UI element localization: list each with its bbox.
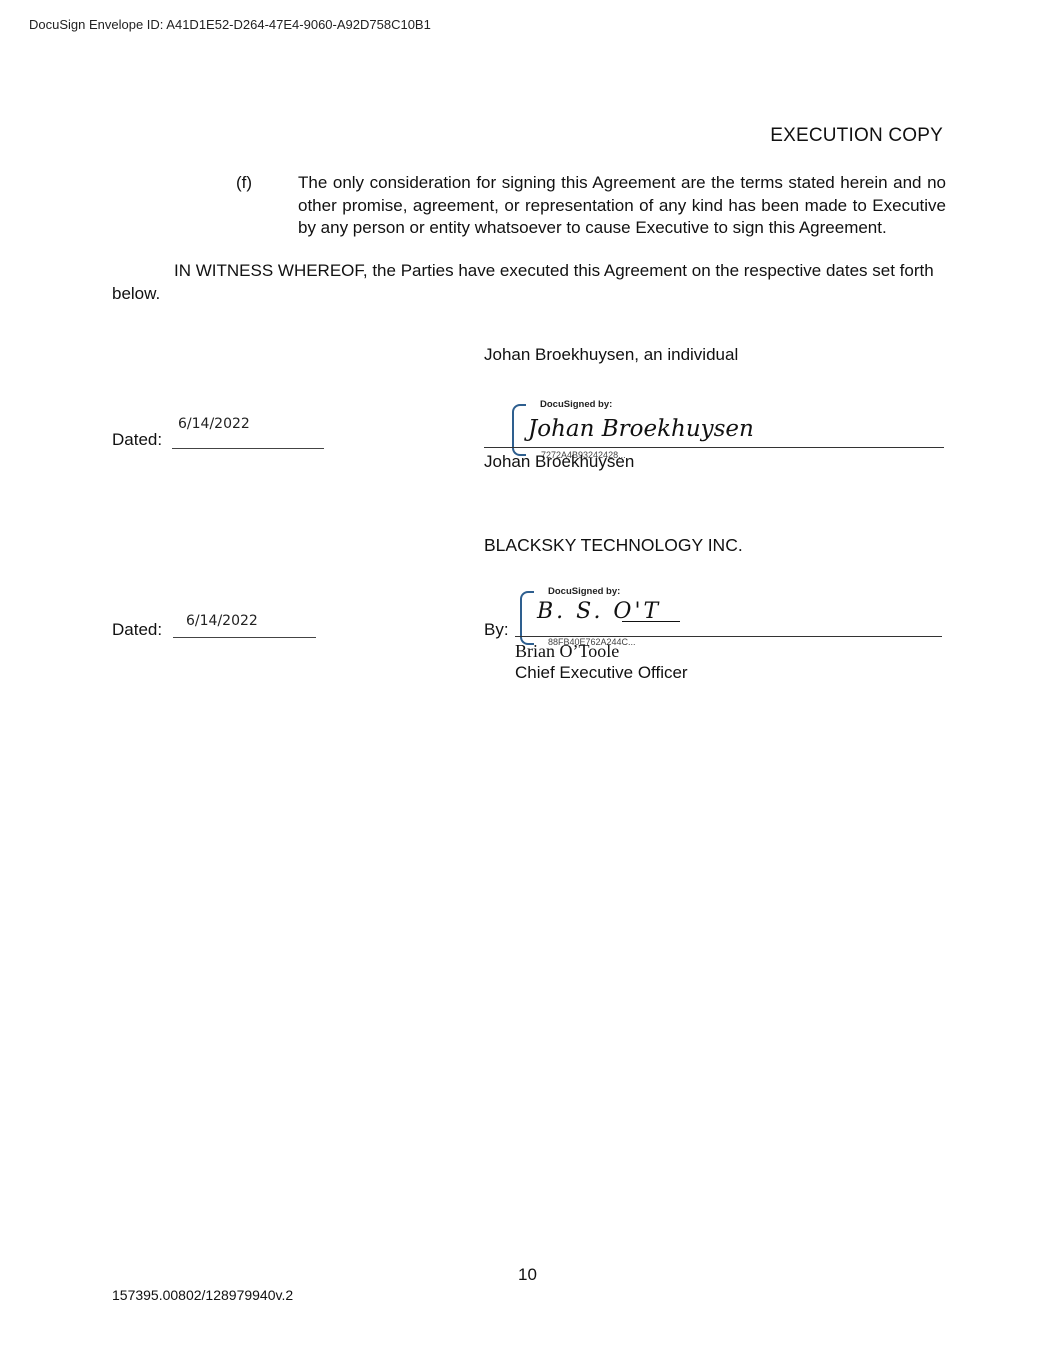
clause-label: (f) — [236, 173, 252, 193]
document-id: 157395.00802/128979940v.2 — [112, 1287, 293, 1303]
party-heading-individual: Johan Broekhuysen, an individual — [484, 345, 738, 365]
clause-text: The only consideration for signing this … — [298, 172, 946, 240]
witness-paragraph: IN WITNESS WHEREOF, the Parties have exe… — [112, 260, 942, 305]
signature-field[interactable]: Johan Broekhuysen — [528, 416, 754, 442]
party-heading-company: BLACKSKY TECHNOLOGY INC. — [484, 535, 743, 556]
date-value: 6/14/2022 — [186, 613, 258, 629]
signature-line — [484, 447, 944, 448]
page-number: 10 — [518, 1265, 537, 1285]
dated-label: Dated: — [112, 430, 162, 450]
docusign-bracket-icon — [512, 404, 526, 456]
by-label: By: — [484, 620, 509, 640]
date-line — [173, 637, 316, 638]
printed-name: Brian O’Toole — [515, 641, 619, 662]
signature-stroke — [622, 621, 680, 622]
docusigned-by-label: DocuSigned by: — [548, 586, 620, 597]
execution-copy-label: EXECUTION COPY — [770, 125, 943, 147]
date-value: 6/14/2022 — [178, 416, 250, 432]
docusign-envelope-id: DocuSign Envelope ID: A41D1E52-D264-47E4… — [29, 17, 431, 32]
docusigned-by-label: DocuSigned by: — [540, 399, 612, 410]
dated-label: Dated: — [112, 620, 162, 640]
signer-title: Chief Executive Officer — [515, 663, 688, 683]
printed-name: Johan Broekhuysen — [484, 452, 634, 472]
date-line — [172, 448, 324, 449]
